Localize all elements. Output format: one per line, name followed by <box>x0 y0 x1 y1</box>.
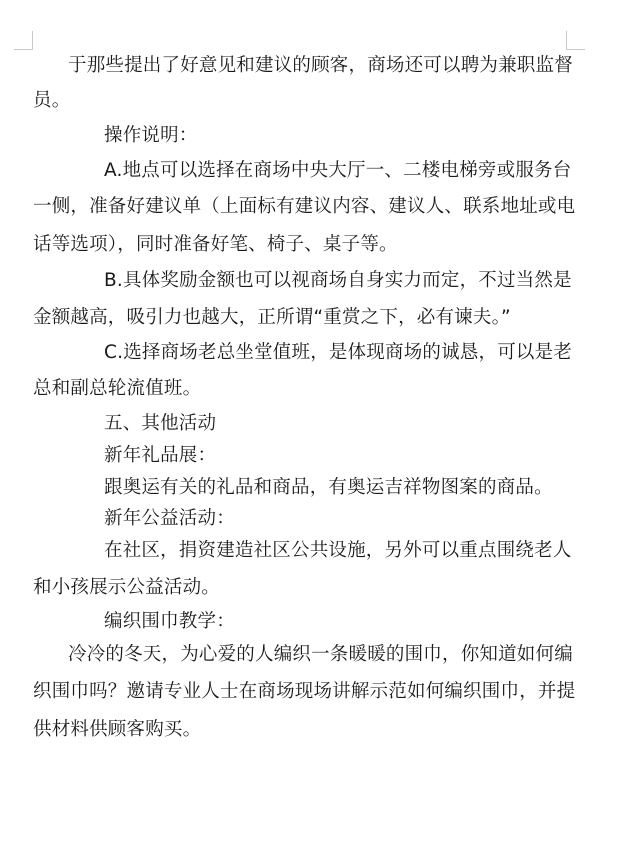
paragraph-line: 金额越高，吸引力也越大，正所谓“重赏之下，必有谏夫。” <box>33 306 511 330</box>
subsection-label: 新年公益活动： <box>104 507 235 531</box>
paragraph-line: 于那些提出了好意见和建议的顾客，商场还可以聘为兼职监督 <box>68 54 573 78</box>
subsection-label: 编织围巾教学： <box>104 610 235 634</box>
paragraph-line: 在社区，捐资建造社区公共设施，另外可以重点围绕老人 <box>104 539 572 563</box>
subsection-label: 新年礼品展： <box>104 444 216 468</box>
section-label: 操作说明： <box>104 124 198 148</box>
paragraph-line: 冷冷的冬天，为心爱的人编织一条暖暖的围巾，你知道如何编 <box>68 643 573 667</box>
paragraph-line: 一侧，准备好建议单（上面标有建议内容、建议人、联系地址或电 <box>33 195 575 219</box>
paragraph-line: B.具体奖励金额也可以视商场自身实力而定，不过当然是 <box>104 269 572 293</box>
page-corner-mark-top-right <box>566 31 585 50</box>
section-heading: 五、其他活动 <box>104 412 216 436</box>
paragraph-line: A.地点可以选择在商场中央大厅一、二楼电梯旁或服务台 <box>104 159 571 183</box>
paragraph-line: 和小孩展示公益活动。 <box>33 576 220 600</box>
paragraph-line: 织围巾吗？邀请专业人士在商场现场讲解示范如何编织围巾，并提 <box>33 680 575 704</box>
paragraph-line: 总和副总轮流值班。 <box>33 377 201 401</box>
paragraph-line: C.选择商场老总坐堂值班，是体现商场的诚恳，可以是老 <box>104 341 572 365</box>
paragraph-line: 供材料供顾客购买。 <box>33 718 201 742</box>
paragraph-line: 员。 <box>33 89 70 113</box>
paragraph-line: 话等选项），同时准备好笔、椅子、桌子等。 <box>33 233 398 257</box>
page-corner-mark-top-left <box>14 31 33 50</box>
paragraph-line: 跟奥运有关的礼品和商品，有奥运吉祥物图案的商品。 <box>104 476 553 500</box>
